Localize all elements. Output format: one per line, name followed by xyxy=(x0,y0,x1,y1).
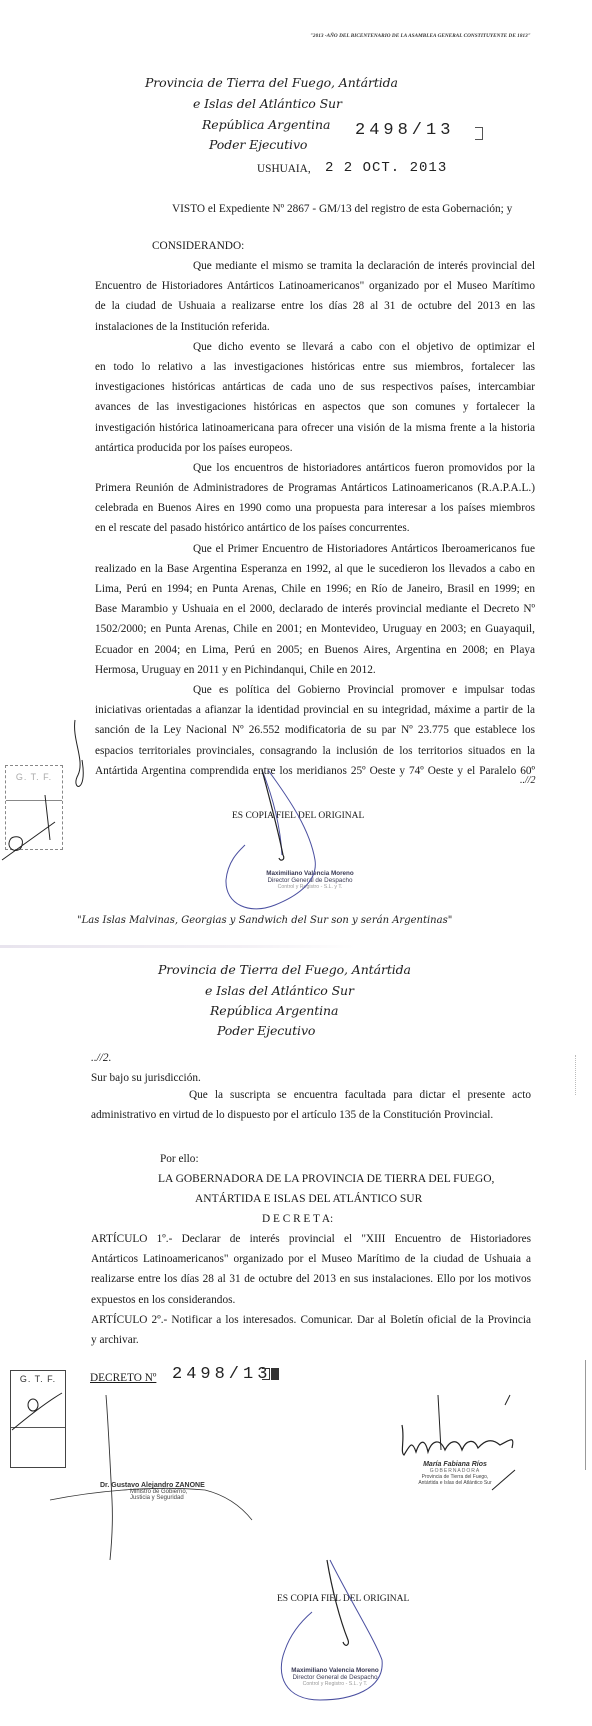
continues-marker: ..//2 xyxy=(520,775,536,786)
malvinas-motto: "Las Islas Malvinas, Georgias y Sandwich… xyxy=(77,915,452,926)
considerando-paragraph-3-line: celebrada en Buenos Aires en 1990 como u… xyxy=(95,498,535,518)
considerando-paragraph-2-line: Que dicho evento se llevará a cabo con e… xyxy=(95,337,535,357)
considerando-paragraph-5-line: espacios territoriales provinciales, con… xyxy=(95,741,535,761)
considerando-paragraph-4-line: realizado en la Base Argentina Esperanza… xyxy=(95,559,535,579)
considerando-paragraph-3-line: Que los encuentros de historiadores antá… xyxy=(95,458,535,478)
article-2-line: ARTÍCULO 2º.- Notificar a los interesado… xyxy=(91,1310,531,1330)
scan-edge-mark xyxy=(575,1055,576,1095)
continuation-marker: ..//2. xyxy=(91,1052,111,1064)
minister-signature-block: Dr. Gustavo Alejandro ZANONE Ministro de… xyxy=(100,1482,250,1501)
certified-copy-label-p2: ES COPIA FIEL DEL ORIGINAL xyxy=(277,1594,409,1604)
gtf-stamp-label-p2: G. T. F. xyxy=(11,1374,65,1384)
considerando-paragraph: Que el Primer Encuentro de Historiadores… xyxy=(95,539,535,680)
considerando-paragraph-4-line: Base Marambio y Ushuaia en el 2000, decl… xyxy=(95,599,535,619)
article-1-line: Antárticos Latinoamericanos" organizado … xyxy=(91,1249,531,1269)
certifier-subtitle-p2: Control y Registro - S.L. y T. xyxy=(270,1681,400,1687)
facultad-line: administrativo en virtud de lo dispuesto… xyxy=(91,1105,531,1125)
considerando-paragraph: Que mediante el mismo se tramita la decl… xyxy=(95,256,535,337)
certifier-stamp-p2: Maximiliano Valencia Moreno Director Gen… xyxy=(270,1667,400,1687)
considerando-paragraph-4-line: Hermosa, Uruguay en 2011 y en Pichindanq… xyxy=(95,660,535,680)
letterhead-republic: República Argentina xyxy=(202,117,330,132)
letterhead-islands-p2: e Islas del Atlántico Sur xyxy=(205,983,354,998)
authority-line-2: ANTÁRTIDA E ISLAS DEL ATLÁNTICO SUR xyxy=(195,1193,422,1205)
considerando-paragraph-5-line: Antártida Argentina comprendida entre lo… xyxy=(95,761,535,781)
letterhead-executive-p2: Poder Ejecutivo xyxy=(217,1023,315,1038)
certifier-title-p2: Director General de Despacho xyxy=(270,1674,400,1681)
stamp-bracket-icon-p2 xyxy=(262,1368,270,1380)
certifier-title: Director General de Despacho xyxy=(225,877,395,884)
considerando-paragraph-2-line: investigación histórica latinoamericana … xyxy=(95,418,535,438)
bicentennial-motto: "2013 -AÑO DEL BICENTENARIO DE LA ASAMBL… xyxy=(310,33,531,39)
letterhead-province: Provincia de Tierra del Fuego, Antártida xyxy=(145,75,398,90)
considerando-paragraph-3-line: en el rescate del pasado histórico antár… xyxy=(95,518,535,538)
authority-line-1: LA GOBERNADORA DE LA PROVINCIA DE TIERRA… xyxy=(158,1173,494,1185)
letterhead-islands: e Islas del Atlántico Sur xyxy=(193,96,342,111)
gtf-stamp-p2: G. T. F. xyxy=(10,1370,66,1468)
article-1: ARTÍCULO 1º.- Declarar de interés provin… xyxy=(91,1229,531,1310)
considerando-paragraph-3-line: Primera Reunión de Administradores de Pr… xyxy=(95,478,535,498)
considerando-paragraph-5-line: sanción de la Ley Nacional Nº 26.552 mod… xyxy=(95,720,535,740)
articles-block: ARTÍCULO 1º.- Declarar de interés provin… xyxy=(91,1229,531,1350)
article-1-line: expuestos en los considerandos. xyxy=(91,1290,531,1310)
facultad-line: Que la suscripta se encuentra facultada … xyxy=(91,1085,531,1105)
gtf-stamp-label: G. T. F. xyxy=(6,772,62,782)
considerando-paragraph-5-line: iniciativas orientadas a afianzar la ide… xyxy=(95,700,535,720)
considerando-paragraph-2-line: en todo lo relativo a las investigacione… xyxy=(95,357,535,377)
certifier-subtitle: Control y Registro - S.L. y T. xyxy=(225,884,395,890)
considerando-paragraph-1-line: Encuentro de Historiadores Antárticos La… xyxy=(95,276,535,296)
decreto-label: DECRETO Nº xyxy=(90,1372,156,1384)
considerando-paragraph-5-line: Que es política del Gobierno Provincial … xyxy=(95,680,535,700)
article-1-line: realizarse entre los días 28 al 31 de oc… xyxy=(91,1269,531,1289)
certified-copy-label: ES COPIA FIEL DEL ORIGINAL xyxy=(232,811,364,821)
letterhead-executive: Poder Ejecutivo xyxy=(209,137,307,152)
considerando-paragraph-2-line: investigaciones históricas antárticas de… xyxy=(95,377,535,397)
considerando-paragraph-4-line: Ecuador en 2004; en Lima, Perú en 2005; … xyxy=(95,640,535,660)
minister-name: Dr. Gustavo Alejandro ZANONE xyxy=(100,1482,250,1489)
governor-province-2: Antártida e Islas del Atlántico Sur xyxy=(395,1480,515,1486)
governor-signature-block: María Fabiana Ríos GOBERNADORA Provincia… xyxy=(395,1461,515,1486)
considerando-paragraph-2-line: antártica producida por los países europ… xyxy=(95,438,535,458)
considerando-paragraph-4-line: 1502/2000; en Punta Arenas, Chile en 200… xyxy=(95,619,535,639)
governor-name: María Fabiana Ríos xyxy=(395,1461,515,1468)
considerando-paragraph: Que los encuentros de historiadores antá… xyxy=(95,458,535,539)
scan-edge-line xyxy=(585,1360,586,1470)
considerando-paragraph-4-line: Que el Primer Encuentro de Historiadores… xyxy=(95,539,535,559)
certifier-stamp: Maximiliano Valencia Moreno Director Gen… xyxy=(225,870,395,890)
decree-number-stamp-p2: 2498/13 xyxy=(172,1365,271,1384)
considerando-paragraph-1-line: instalaciones de la Institución referida… xyxy=(95,317,535,337)
por-ello: Por ello: xyxy=(160,1153,199,1165)
considerando-heading: CONSIDERANDO: xyxy=(152,240,244,252)
initial-signature-icon xyxy=(75,720,84,786)
considerando-paragraph: Que es política del Gobierno Provincial … xyxy=(95,680,535,781)
considerando-paragraph-1-line: Que mediante el mismo se tramita la decl… xyxy=(95,256,535,276)
certifier-name: Maximiliano Valencia Moreno xyxy=(225,870,395,877)
letterhead-republic-p2: República Argentina xyxy=(210,1003,338,1018)
gtf-divider xyxy=(6,800,62,801)
date-stamp: 2 2 OCT. 2013 xyxy=(325,160,447,176)
article-1-line: ARTÍCULO 1º.- Declarar de interés provin… xyxy=(91,1229,531,1249)
letterhead-province-p2: Provincia de Tierra del Fuego, Antártida xyxy=(158,962,411,977)
gtf-stamp: G. T. F. xyxy=(5,765,63,850)
article-2-line: y archivar. xyxy=(91,1330,531,1350)
decree-number-stamp: 2498/13 xyxy=(355,121,454,140)
article-2: ARTÍCULO 2º.- Notificar a los interesado… xyxy=(91,1310,531,1350)
gtf-divider-p2 xyxy=(11,1427,65,1428)
visto-line: VISTO el Expediente Nº 2867 - GM/13 del … xyxy=(172,203,512,215)
considerando-paragraph-1-line: de la ciudad de Ushuaia a realizarse ent… xyxy=(95,296,535,316)
considerando-body: Que mediante el mismo se tramita la decl… xyxy=(95,256,535,781)
place-label: USHUAIA, xyxy=(257,163,311,175)
certifier-name-p2: Maximiliano Valencia Moreno xyxy=(270,1667,400,1674)
decreta-heading: D E C R E T A: xyxy=(262,1213,333,1225)
stamp-mark-icon xyxy=(271,1368,279,1380)
stamp-bracket-icon xyxy=(475,127,483,140)
considerando-paragraph-2-line: avances de las investigaciones histórica… xyxy=(95,397,535,417)
considerando-paragraph-4-line: Lima, Perú en 1994; en Punta Arenas, Chi… xyxy=(95,579,535,599)
facultad-paragraph: Que la suscripta se encuentra facultada … xyxy=(91,1085,531,1125)
continuation-text: Sur bajo su jurisdicción. xyxy=(91,1072,201,1084)
considerando-paragraph: Que dicho evento se llevará a cabo con e… xyxy=(95,337,535,458)
page-separator xyxy=(0,945,592,948)
minister-title-2: Justicia y Seguridad xyxy=(100,1495,250,1501)
